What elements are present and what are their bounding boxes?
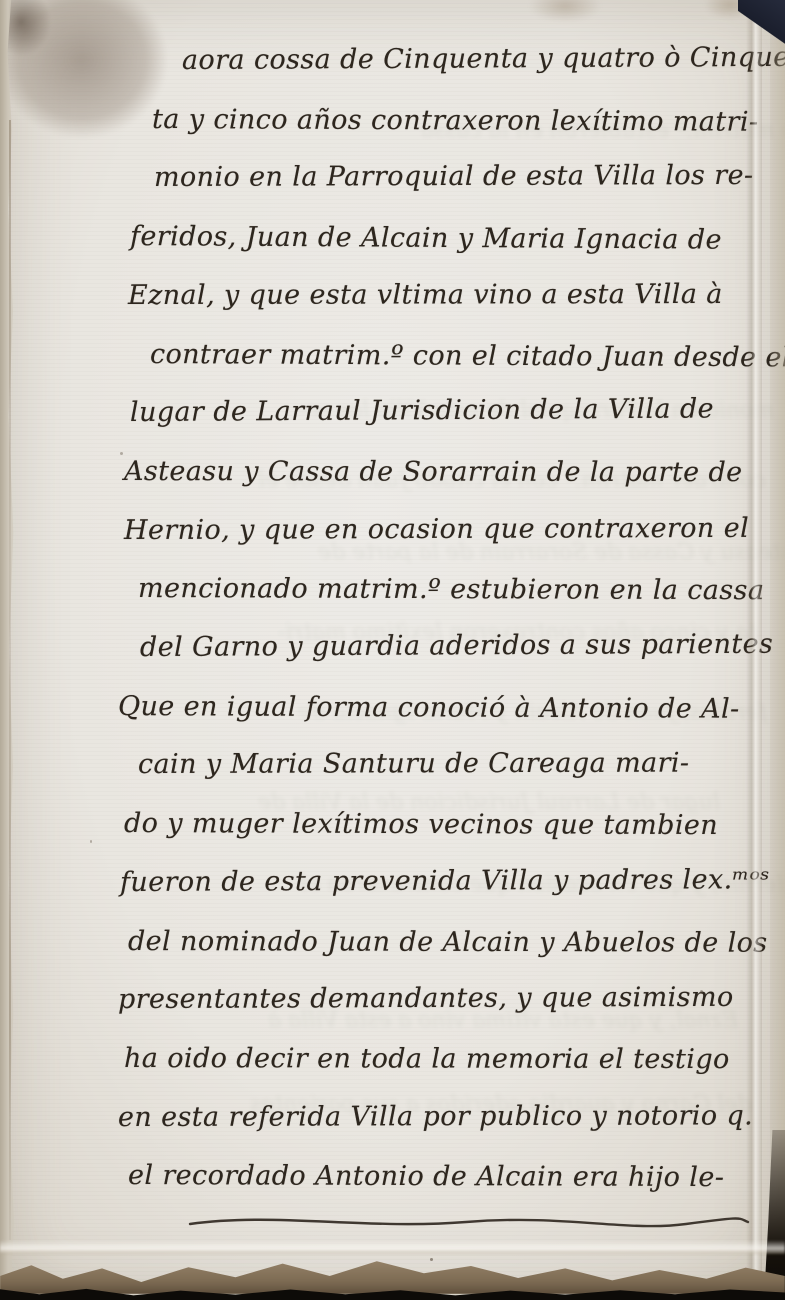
flourish-rule <box>186 1208 752 1242</box>
manuscript-page: mencionado matrim.º estubieron en la cas… <box>0 0 785 1300</box>
ink-speck <box>700 990 703 994</box>
ink-speck <box>90 840 92 843</box>
manuscript-line: ta y cinco años contraxeron lexítimo mat… <box>152 91 764 152</box>
manuscript-line: monio en la Parroquial de esta Villa los… <box>154 147 764 208</box>
page-fold-crease <box>746 0 762 1300</box>
manuscript-line: cain y Maria Santuru de Careaga mari- <box>138 735 764 795</box>
manuscript-line: mencionado matrim.º estubieron en la cas… <box>138 560 764 621</box>
binding-corner <box>738 0 785 46</box>
ink-speck <box>120 452 123 455</box>
ink-speck <box>430 1258 433 1261</box>
manuscript-line: del nominado Juan de Alcain y Abuelos de… <box>128 913 764 973</box>
page-right-edge <box>770 0 785 1300</box>
manuscript-line: Hernio, y que en ocasion que contraxeron… <box>124 499 764 560</box>
manuscript-line: do y muger lexítimos vecinos que tambien <box>124 795 764 856</box>
manuscript-line: Eznal, y que esta vltima vino a esta Vil… <box>128 266 764 326</box>
manuscript-line: ha oido decir en toda la memoria el test… <box>124 1030 764 1090</box>
manuscript-line: feridos, Juan de Alcain y Maria Ignacia … <box>130 208 764 271</box>
manuscript-line: fueron de esta prevenida Villa y padres … <box>120 851 764 913</box>
bottom-fold-highlight <box>0 1240 785 1254</box>
manuscript-line: aora cossa de Cinquenta y quatro ò Cinqu… <box>182 29 764 91</box>
manuscript-line: Asteasu y Cassa de Sorarrain de la parte… <box>124 443 764 503</box>
manuscript-line: del Garno y guardia aderidos a sus parie… <box>140 616 764 678</box>
manuscript-line: presentantes demandantes, y que asimismo <box>118 969 764 1030</box>
manuscript-line: contraer matrim.º con el citado Juan des… <box>150 326 764 388</box>
ink-speck <box>640 60 643 63</box>
manuscript-line: Que en igual forma conoció à Antonio de … <box>118 678 764 740</box>
manuscript-line: lugar de Larraul Jurisdicion de la Villa… <box>130 380 764 443</box>
manuscript-line: el recordado Antonio de Alcain era hijo … <box>128 1147 764 1208</box>
page-left-edge-shadow <box>9 120 11 1240</box>
manuscript-line: en esta referida Villa por publico y not… <box>118 1087 764 1147</box>
manuscript-text-block: aora cossa de Cinquenta y quatro ò Cinqu… <box>124 32 764 1206</box>
manuscript-scan: mencionado matrim.º estubieron en la cas… <box>0 0 785 1300</box>
